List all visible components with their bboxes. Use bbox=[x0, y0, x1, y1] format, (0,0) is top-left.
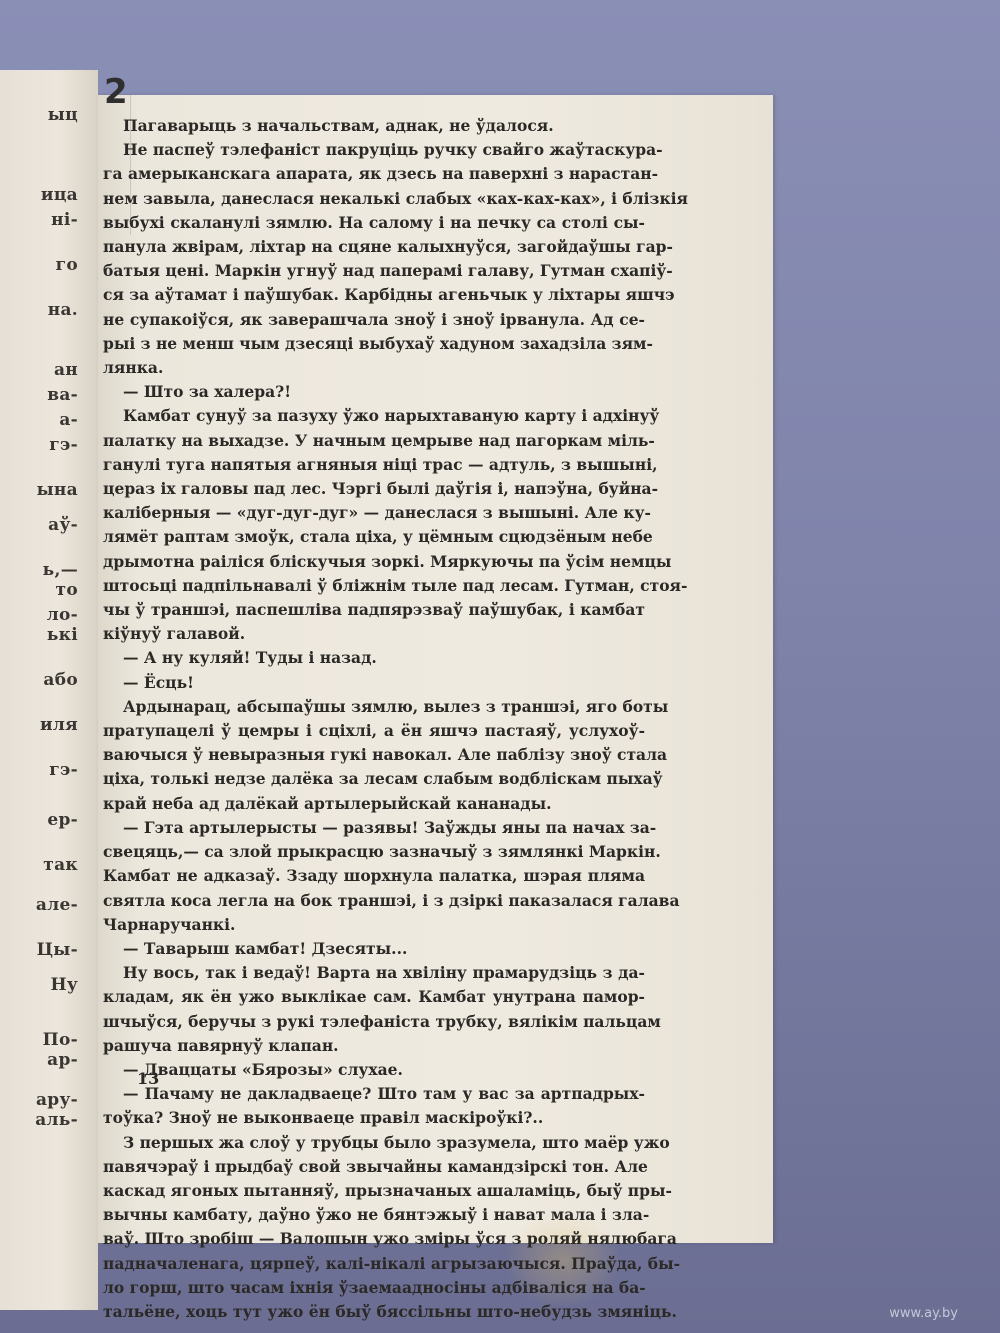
text-line: ваў. Што зробіш — Валошын ужо зміры ўся … bbox=[103, 1227, 645, 1251]
text-line: каскад ягоных пытанняў, прызначаных ашал… bbox=[103, 1179, 645, 1203]
text-line: батыя цені. Маркін угнуў над паперамі га… bbox=[103, 259, 645, 283]
text-line: — Дваццаты «Бярозы» слухае. bbox=[103, 1058, 645, 1082]
left-page-fragment: гэ- bbox=[49, 760, 78, 780]
text-line: Камбат сунуў за пазуху ўжо нарыхтаваную … bbox=[103, 404, 645, 428]
text-line: шчыўся, беручы з рукі тэлефаніста трубку… bbox=[103, 1010, 645, 1034]
text-line: цераз іх галовы пад лес. Чэргі былі даўг… bbox=[103, 477, 645, 501]
text-line: тоўка? Зноў не выконваеце правіл маскіро… bbox=[103, 1106, 645, 1130]
left-page-fragment: ан bbox=[54, 360, 78, 380]
left-page-fragment: ица bbox=[41, 185, 78, 205]
text-line: ціха, толькі недзе далёка за лесам слабы… bbox=[103, 767, 645, 791]
text-line: ганулі туга напятыя агняныя ніці трас — … bbox=[103, 453, 645, 477]
chapter-number: 2 bbox=[104, 72, 128, 112]
text-line: Пагаварыць з начальствам, аднак, не ўдал… bbox=[103, 114, 645, 138]
left-page-fragment: ні- bbox=[51, 210, 78, 230]
left-page-fragment: аў- bbox=[48, 515, 78, 535]
left-page-fragment: ва- bbox=[47, 385, 78, 405]
text-line: каліберныя — «дуг-дуг-дуг» — данеслася з… bbox=[103, 501, 645, 525]
left-page-fragment: на. bbox=[48, 300, 78, 320]
text-line: ся за аўтамат і паўшубак. Карбідны агень… bbox=[103, 283, 645, 307]
text-line: палатку на выхадзе. У начным цемрыве над… bbox=[103, 429, 645, 453]
text-line: — Гэта артылерысты — разявы! Заўжды яны … bbox=[103, 816, 645, 840]
text-line: ло горш, што часам іхнія ўзаемаадносіны … bbox=[103, 1276, 645, 1300]
text-line: святла коса легла на бок траншэі, і з дз… bbox=[103, 889, 645, 913]
left-page-fragment: а- bbox=[59, 410, 78, 430]
text-line: — Пачаму не дакладваеце? Што там у вас з… bbox=[103, 1082, 645, 1106]
text-line: Ну вось, так і ведаў! Варта на хвіліну п… bbox=[103, 961, 645, 985]
text-line: — Таварыш камбат! Дзесяты... bbox=[103, 937, 645, 961]
text-line: рыі з не менш чым дзесяці выбухаў хадуно… bbox=[103, 332, 645, 356]
text-line: тальёне, хоць тут ужо ён быў бяссільны ш… bbox=[103, 1300, 645, 1324]
left-page-fragment: Ну bbox=[50, 975, 78, 995]
text-line: З першых жа слоў у трубцы было зразумела… bbox=[103, 1131, 645, 1155]
text-line: лямёт раптам змоўк, стала ціха, у цёмным… bbox=[103, 525, 645, 549]
left-page-fragment: ькі bbox=[47, 625, 78, 645]
left-page-fragment: Цы- bbox=[37, 940, 78, 960]
left-page-fragment: гэ- bbox=[49, 435, 78, 455]
text-line: падначаленага, цярпеў, калі-нікалі агрыз… bbox=[103, 1252, 645, 1276]
text-line: нем завыла, данеслася некалькі слабых «к… bbox=[103, 187, 645, 211]
text-line: — А ну куляй! Туды і назад. bbox=[103, 646, 645, 670]
left-page-fragment: але- bbox=[36, 895, 78, 915]
text-line: выбухі скаланулі зямлю. На салому і на п… bbox=[103, 211, 645, 235]
text-line: штосьці падпільнавалі ў бліжнім тыле пад… bbox=[103, 574, 645, 598]
left-page-fragment: або bbox=[43, 670, 78, 690]
text-line: — Ёсць! bbox=[103, 671, 645, 695]
text-line: кіўнуў галавой. bbox=[103, 622, 645, 646]
text-line: панула жвірам, ліхтар на сцяне калыхнуўс… bbox=[103, 235, 645, 259]
page-number: 13 bbox=[137, 1069, 159, 1088]
text-line: чы ў траншэі, паспешліва падпярэзваў паў… bbox=[103, 598, 645, 622]
text-line: край неба ад далёкай артылерыйскай канан… bbox=[103, 792, 645, 816]
left-page-fragment: ер- bbox=[47, 810, 78, 830]
text-line: кладам, як ён ужо выклікае сам. Камбат у… bbox=[103, 985, 645, 1009]
left-page-fragment: ыц bbox=[48, 105, 78, 125]
body-text: Пагаварыць з начальствам, аднак, не ўдал… bbox=[103, 114, 645, 1324]
text-line: лянка. bbox=[103, 356, 645, 380]
left-page-fragment: аль- bbox=[35, 1110, 78, 1130]
left-page-fragment: ына bbox=[37, 480, 78, 500]
text-line: Чарнаручанкі. bbox=[103, 913, 645, 937]
text-line: Камбат не адказаў. Ззаду шорхнула палатк… bbox=[103, 864, 645, 888]
text-line: вычны камбату, даўно ўжо не бянтэжыў і н… bbox=[103, 1203, 645, 1227]
text-line: Ардынарац, абсыпаўшы зямлю, вылез з тран… bbox=[103, 695, 645, 719]
text-line: га амерыканскага апарата, як дзесь на па… bbox=[103, 162, 645, 186]
left-page-fragment: так bbox=[43, 855, 78, 875]
left-page-fragment: го bbox=[56, 255, 78, 275]
left-page-fragment: ару- bbox=[36, 1090, 78, 1110]
left-page-fragment: иля bbox=[40, 715, 78, 735]
text-line: не супакоіўся, як заверашчала зноў і зно… bbox=[103, 308, 645, 332]
text-line: павячэраў і прыдбаў свой звычайны каманд… bbox=[103, 1155, 645, 1179]
text-line: рашуча павярнуў клапан. bbox=[103, 1034, 645, 1058]
text-line: свецяць,— са злой прыкрасцю зазначыў з з… bbox=[103, 840, 645, 864]
left-page: ыцицані-гона.анва-а-гэ-ынааў-ь,—толо-ькі… bbox=[0, 70, 98, 1310]
left-page-fragment: ар- bbox=[47, 1050, 78, 1070]
left-page-fragment: ло- bbox=[47, 605, 78, 625]
watermark: www.ay.by bbox=[889, 1306, 958, 1321]
text-line: пратупацелі ў цемры і сціхлі, а ён яшчэ … bbox=[103, 719, 645, 743]
text-line: дрымотна раіліся бліскучыя зоркі. Мяркую… bbox=[103, 550, 645, 574]
text-line: Не паспеў тэлефаніст пакруціць ручку сва… bbox=[103, 138, 645, 162]
text-line: — Што за халера?! bbox=[103, 380, 645, 404]
left-page-fragment: ь,— bbox=[43, 560, 78, 580]
text-line: ваючыся ў невыразныя гукі навокал. Але п… bbox=[103, 743, 645, 767]
left-page-fragment: то bbox=[56, 580, 78, 600]
left-page-fragment: По- bbox=[43, 1030, 78, 1050]
